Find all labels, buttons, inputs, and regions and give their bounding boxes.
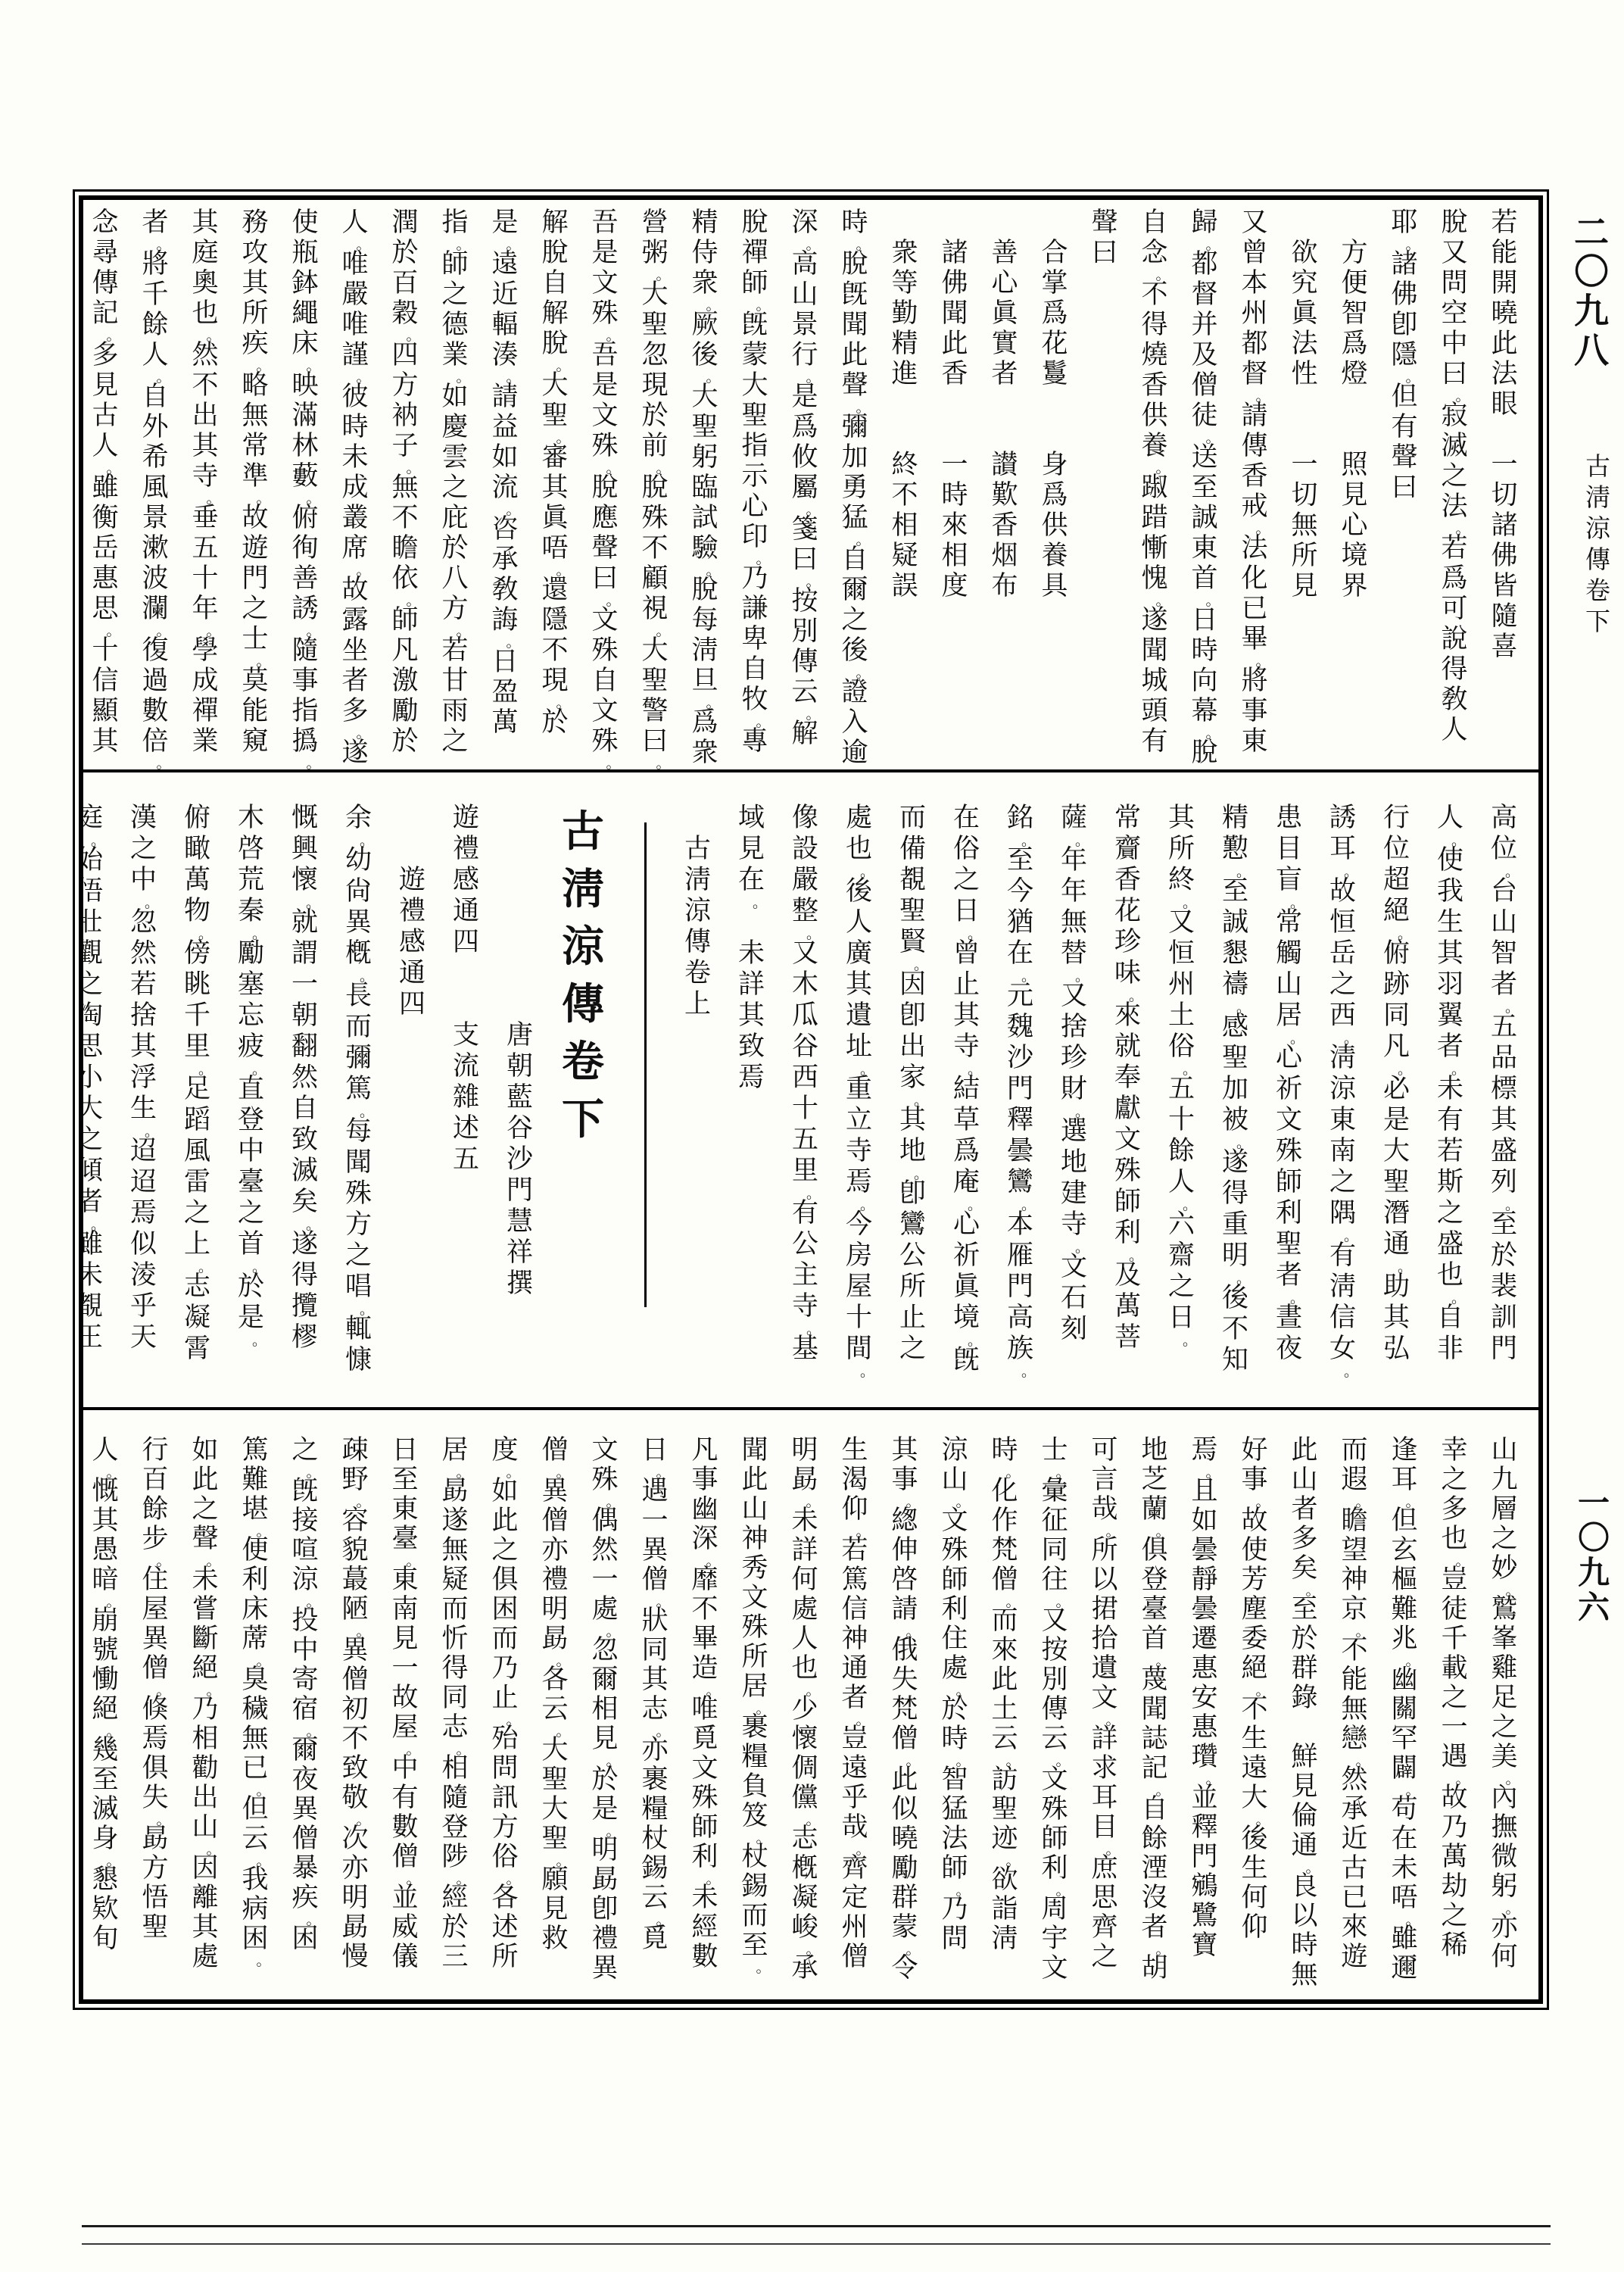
glyph: 。 xyxy=(1324,1031,1378,1043)
glyph: 使 xyxy=(1423,845,1477,876)
glyph: 。 xyxy=(840,865,894,876)
glyph: 然 xyxy=(1329,1765,1379,1795)
glyph: 臺 xyxy=(380,1525,430,1554)
glyph: 。 xyxy=(1238,654,1288,666)
glyph: 古 xyxy=(547,803,619,860)
glyph: 殊 xyxy=(630,503,680,533)
glyph: 刻 xyxy=(1047,1314,1101,1345)
glyph: 時 xyxy=(1280,1931,1329,1961)
glyph: 高 xyxy=(993,1303,1047,1334)
glyph: 十 xyxy=(1155,1105,1208,1136)
glyph: 自 xyxy=(1423,1303,1477,1334)
glyph: 來 xyxy=(1329,1913,1379,1943)
glyph: 風 xyxy=(170,1136,224,1167)
glyph: 槪 xyxy=(332,938,385,969)
glyph: 致 xyxy=(330,1754,380,1784)
glyph: 聖 xyxy=(980,1795,1030,1824)
glyph: 心 xyxy=(1329,510,1379,541)
glyph: 中 xyxy=(380,1754,430,1784)
glyph: 蕞 xyxy=(330,1565,380,1595)
glyph: 詳 xyxy=(1080,1724,1130,1754)
glyph: 乎 xyxy=(117,1291,170,1322)
glyph: 藪 xyxy=(280,461,330,492)
glyph: 次 xyxy=(330,1824,380,1854)
glyph xyxy=(439,958,493,989)
glyph: 殊 xyxy=(930,1536,980,1565)
glyph: 今 xyxy=(993,876,1047,907)
glyph: 之 xyxy=(1429,1684,1479,1713)
glyph xyxy=(880,208,930,238)
glyph: 是 xyxy=(580,238,630,268)
glyph: 大 xyxy=(630,279,680,310)
glyph: 敎 xyxy=(480,575,530,605)
glyph: 爲 xyxy=(680,707,730,738)
glyph: 懷 xyxy=(780,1724,830,1754)
glyph: 誘 xyxy=(280,594,330,624)
text-column: 慨興懷。就謂一朝翻然自致滅矣。遂得攬樛 xyxy=(278,803,332,1407)
glyph: 何 xyxy=(780,1565,830,1595)
glyph: 臺 xyxy=(224,1167,278,1198)
text-column: 疎野。容貌蕞陋。異僧初不致敬。次亦明勗慢 xyxy=(330,1436,380,1993)
text-column: 而遐。瞻望神京。不能無戀。然承近古已來遊 xyxy=(1329,1436,1379,1993)
glyph: 眞 xyxy=(940,1272,993,1303)
glyph: 。 xyxy=(588,1624,638,1636)
glyph: 人 xyxy=(330,208,380,238)
glyph: 。 xyxy=(1055,834,1109,845)
glyph: 。 xyxy=(838,401,888,412)
glyph: 。 xyxy=(688,1684,738,1695)
glyph xyxy=(1479,420,1529,450)
glyph: 居 xyxy=(430,1436,480,1465)
glyph: 四 xyxy=(439,927,493,958)
glyph: 。 xyxy=(238,1854,288,1865)
glyph: 同 xyxy=(430,1684,480,1713)
glyph xyxy=(1329,208,1379,238)
glyph: 傳 xyxy=(671,927,725,958)
glyph: 誌 xyxy=(1130,1724,1180,1754)
glyph: 但 xyxy=(1379,382,1429,412)
glyph: 若 xyxy=(430,635,480,666)
glyph: 。 xyxy=(938,1495,988,1506)
glyph: 。 xyxy=(1378,927,1432,938)
glyph: 脫 xyxy=(1180,738,1230,768)
glyph: 來 xyxy=(1101,1000,1155,1031)
glyph: 。 xyxy=(338,238,388,249)
glyph: 穢 xyxy=(230,1695,280,1724)
glyph: 門 xyxy=(993,1272,1047,1303)
glyph: 。 xyxy=(388,461,438,473)
glyph: 凡 xyxy=(380,635,430,666)
glyph: 好 xyxy=(1230,1436,1280,1465)
glyph: 波 xyxy=(130,563,180,594)
glyph: 門 xyxy=(230,563,280,594)
glyph: 俄 xyxy=(880,1636,930,1665)
glyph: 卽 xyxy=(580,1895,630,1924)
glyph: 致 xyxy=(278,1125,332,1156)
glyph: 心 xyxy=(940,1209,993,1241)
glyph: 無 xyxy=(230,1724,280,1754)
glyph: 以 xyxy=(1080,1565,1130,1595)
glyph: 曉 xyxy=(1479,298,1529,329)
glyph: 五 xyxy=(180,533,230,563)
glyph: 多 xyxy=(1280,1525,1329,1554)
glyph: 欵 xyxy=(83,1895,130,1924)
glyph: 關 xyxy=(1379,1695,1429,1724)
glyph: 。 xyxy=(1088,1843,1138,1854)
text-column: 脫又問空中曰。寂滅之法。若爲可說得敎人 xyxy=(1429,208,1479,769)
glyph: 。 xyxy=(733,896,787,907)
glyph: 淸 xyxy=(671,865,725,896)
text-column: 文殊。偶然一處。忽爾相見。於是。明勗卽禮異 xyxy=(580,1436,630,1993)
glyph: 。 xyxy=(588,1824,638,1836)
glyph: 山 xyxy=(1479,1436,1529,1465)
glyph: 塵 xyxy=(1230,1595,1280,1624)
glyph: 止 xyxy=(886,1303,940,1334)
glyph: 。 xyxy=(238,654,288,666)
glyph: 日 xyxy=(1155,1303,1208,1334)
text-column: 生渴仰。若篤信神通者。豈遠乎哉。齊定州僧 xyxy=(830,1436,880,1993)
glyph: 聞 xyxy=(1130,635,1180,666)
glyph: 公 xyxy=(778,1229,832,1260)
glyph: 斷 xyxy=(180,1624,230,1654)
glyph: 不 xyxy=(880,480,930,510)
glyph: 見 xyxy=(530,1895,580,1924)
glyph: 。 xyxy=(894,958,948,969)
glyph: 。 xyxy=(1438,1772,1488,1784)
glyph: 大 xyxy=(83,1094,117,1125)
glyph: 雞 xyxy=(1479,1654,1529,1684)
glyph: 士 xyxy=(1030,1436,1080,1465)
glyph: 也 xyxy=(832,834,886,865)
glyph: 生 xyxy=(1230,1854,1280,1883)
glyph: 。 xyxy=(438,238,488,249)
glyph: 五 xyxy=(439,1144,493,1175)
glyph: 云 xyxy=(980,1724,1030,1754)
glyph: 。 xyxy=(238,1954,288,1965)
glyph: 照 xyxy=(1329,450,1379,480)
glyph: 。 xyxy=(988,1854,1038,1865)
glyph: 。 xyxy=(238,359,288,370)
glyph: 殊 xyxy=(1101,1156,1155,1187)
glyph: 是 xyxy=(580,1795,630,1824)
glyph: 可 xyxy=(1080,1436,1130,1465)
glyph: 將 xyxy=(1230,666,1280,696)
glyph: 等 xyxy=(880,268,930,298)
glyph: 漱 xyxy=(130,533,180,563)
glyph: 苟 xyxy=(1379,1795,1429,1824)
glyph xyxy=(493,927,547,958)
glyph: 其 xyxy=(1423,938,1477,969)
glyph: 樞 xyxy=(1379,1565,1429,1595)
glyph: 其 xyxy=(83,726,130,757)
glyph: 其 xyxy=(832,969,886,1000)
glyph: 烟 xyxy=(980,541,1030,571)
glyph: 而 xyxy=(480,1624,530,1654)
glyph: 繩 xyxy=(280,298,330,329)
glyph: 景 xyxy=(780,310,830,340)
text-column: 余。幼尙異槪。長而彌篤。每聞殊方之唱。輒慷 xyxy=(332,803,385,1407)
glyph: 劫 xyxy=(1429,1872,1479,1902)
glyph: 後 xyxy=(1208,1283,1262,1314)
glyph: 必 xyxy=(1370,1074,1423,1105)
glyph: 。 xyxy=(1438,1554,1488,1565)
glyph: 於 xyxy=(630,401,680,431)
glyph: 一 xyxy=(1429,1713,1479,1743)
glyph: 未 xyxy=(680,1883,730,1913)
glyph: 儻 xyxy=(780,1784,830,1813)
glyph: 似 xyxy=(117,1229,170,1260)
glyph: 。 xyxy=(83,1218,125,1229)
text-column: 凡事幽深。靡不畢造。唯覓文殊師利。未經數 xyxy=(680,1436,730,1993)
glyph: 今 xyxy=(832,1209,886,1241)
glyph: 禪 xyxy=(730,238,780,268)
glyph: 攬 xyxy=(278,1291,332,1322)
glyph: 珍 xyxy=(1047,1043,1101,1074)
glyph: 卽 xyxy=(1379,310,1429,340)
glyph: 因 xyxy=(886,969,940,1000)
glyph: 身 xyxy=(1030,450,1080,480)
glyph: 不 xyxy=(380,503,430,533)
glyph: 救 xyxy=(530,1924,580,1954)
glyph: 激 xyxy=(380,666,430,696)
glyph: 生 xyxy=(117,1094,170,1125)
glyph: 木 xyxy=(778,969,832,1000)
glyph: 出 xyxy=(886,1031,940,1063)
glyph: 萬 xyxy=(480,707,530,738)
glyph: 勗 xyxy=(530,1624,580,1654)
glyph: 。 xyxy=(286,1218,340,1229)
glyph: 高 xyxy=(1477,803,1531,834)
glyph: 後 xyxy=(1230,1824,1280,1854)
glyph: 未 xyxy=(725,938,778,969)
glyph: 善 xyxy=(980,238,1030,268)
glyph: 過 xyxy=(130,666,180,696)
text-column: 域見在。未詳其致焉 xyxy=(725,803,778,1407)
glyph: 庇 xyxy=(430,503,480,533)
glyph: 裹 xyxy=(730,1713,780,1743)
glyph: 法 xyxy=(1230,533,1280,563)
glyph: 能 xyxy=(1479,238,1529,268)
glyph: 病 xyxy=(230,1895,280,1924)
glyph: 屬 xyxy=(780,473,830,503)
glyph: 訊 xyxy=(480,1784,530,1813)
glyph: 。 xyxy=(438,1465,488,1477)
glyph: 切 xyxy=(1479,480,1529,510)
glyph: 。 xyxy=(232,1260,286,1272)
glyph: 懃 xyxy=(1208,834,1262,865)
glyph: 。 xyxy=(438,1872,488,1883)
glyph: 祥 xyxy=(493,1237,547,1269)
glyph: 殊 xyxy=(332,1178,385,1209)
glyph: 香 xyxy=(980,510,1030,541)
text-column: 日。遇一異僧。狀同其志。亦裹糧杖錫云。覓 xyxy=(630,1436,680,1993)
glyph: 祈 xyxy=(1262,1074,1316,1105)
glyph: 。 xyxy=(1038,1754,1088,1765)
glyph: 終 xyxy=(1155,865,1208,896)
glyph: 近 xyxy=(1329,1824,1379,1854)
glyph: 述 xyxy=(480,1913,530,1943)
glyph: 號 xyxy=(83,1636,130,1665)
glyph: 雷 xyxy=(170,1167,224,1198)
glyph: 。 xyxy=(139,757,189,768)
glyph: 見 xyxy=(83,370,130,401)
glyph: 。 xyxy=(1138,594,1188,605)
glyph: 旬 xyxy=(83,1924,130,1954)
glyph: 。 xyxy=(1188,594,1238,605)
glyph: 古 xyxy=(83,401,130,431)
glyph: 。 xyxy=(189,1684,238,1695)
glyph: 日 xyxy=(940,896,993,927)
glyph xyxy=(980,389,1030,420)
glyph: 東 xyxy=(1180,533,1230,563)
glyph: 古 xyxy=(671,834,725,865)
glyph: 來 xyxy=(980,1636,1030,1665)
glyph: 王 xyxy=(83,1322,117,1353)
glyph: 晝 xyxy=(1262,1303,1316,1334)
glyph: 。 xyxy=(139,624,189,635)
glyph: 此 xyxy=(1280,1436,1329,1465)
glyph: 。 xyxy=(340,969,394,981)
glyph: 。 xyxy=(688,563,738,575)
glyph: 撫 xyxy=(1479,1813,1529,1843)
glyph: 幼 xyxy=(332,845,385,876)
glyph: 容 xyxy=(330,1506,380,1536)
glyph: 心 xyxy=(980,268,1030,298)
glyph: 年 xyxy=(1047,845,1101,876)
glyph: 脫 xyxy=(680,575,730,605)
glyph: 殊 xyxy=(580,635,630,666)
glyph: 別 xyxy=(780,616,830,647)
glyph: 哉 xyxy=(1080,1495,1130,1525)
glyph: 。 xyxy=(1438,389,1488,401)
glyph: 涼 xyxy=(671,896,725,927)
glyph: 見 xyxy=(1329,480,1379,510)
glyph: 。 xyxy=(788,238,838,249)
glyph: 彌 xyxy=(830,412,880,442)
glyph: 捨 xyxy=(117,1000,170,1031)
glyph: 遺 xyxy=(832,1000,886,1031)
glyph: 師 xyxy=(380,605,430,635)
glyph: 述 xyxy=(439,1113,493,1144)
glyph: 聞 xyxy=(830,310,880,340)
glyph: 問 xyxy=(480,1754,530,1784)
glyph: 。 xyxy=(788,707,838,719)
glyph: 投 xyxy=(280,1606,330,1636)
glyph: 布 xyxy=(980,571,1030,601)
glyph: 。 xyxy=(1002,969,1055,981)
glyph: 足 xyxy=(1479,1684,1529,1713)
text-column: 俯瞰萬物。傍眺千里。足蹈風雷之上。志凝霄 xyxy=(170,803,224,1407)
text-frame: 若能開曉此法眼一切諸佛皆隨喜脫又問空中曰。寂滅之法。若爲可說得敎人耶。諸佛卽隱。… xyxy=(73,189,1549,2010)
glyph: 輻 xyxy=(480,310,530,340)
glyph: 曰 xyxy=(1080,238,1130,268)
glyph: 處 xyxy=(180,1943,230,1972)
glyph: 淘 xyxy=(83,1000,117,1031)
glyph: 因 xyxy=(180,1854,230,1883)
glyph: 師 xyxy=(930,1854,980,1883)
glyph: 其 xyxy=(180,208,230,238)
glyph: 。 xyxy=(1002,1198,1055,1209)
glyph: 賢 xyxy=(886,927,940,958)
glyph: 。 xyxy=(738,715,788,726)
glyph: 何 xyxy=(1230,1883,1280,1913)
glyph: 心 xyxy=(730,492,780,522)
glyph: 遊 xyxy=(439,803,493,834)
glyph: 止 xyxy=(940,969,993,1000)
glyph: 此 xyxy=(480,1506,530,1536)
glyph: 州 xyxy=(830,1913,880,1943)
glyph: 遺 xyxy=(1080,1654,1130,1684)
glyph: 。 xyxy=(1432,834,1485,845)
text-column: 人。使我生其羽翼者。未有若斯之盛也。自非 xyxy=(1423,803,1477,1407)
glyph: 遂 xyxy=(430,1506,480,1536)
glyph: 撝 xyxy=(280,726,330,757)
glyph: 。 xyxy=(288,1913,338,1924)
text-column: 使瓶鉢繩床。映滿林藪。俯徇善誘。隨事指撝。 xyxy=(280,208,330,769)
glyph: 現 xyxy=(630,370,680,401)
glyph: 。 xyxy=(189,624,238,635)
glyph: 門 xyxy=(993,1074,1047,1105)
glyph: 。 xyxy=(1324,865,1378,876)
glyph: 難 xyxy=(1379,1595,1429,1624)
glyph: 疲 xyxy=(224,1031,278,1063)
glyph: 切 xyxy=(1280,480,1329,510)
glyph: 十 xyxy=(180,563,230,594)
glyph: 有 xyxy=(1130,726,1180,757)
text-column: 自念。不得燒香供養。踧踖慚愧。遂聞城頭有 xyxy=(1130,208,1180,769)
glyph: 靡 xyxy=(680,1565,730,1595)
glyph: 知 xyxy=(1208,1345,1262,1376)
glyph: 畢 xyxy=(1230,624,1280,654)
glyph: 小 xyxy=(83,1063,117,1094)
glyph: 故 xyxy=(1230,1506,1280,1536)
glyph: 伸 xyxy=(880,1536,930,1565)
glyph: 可 xyxy=(1429,594,1479,624)
glyph: 請 xyxy=(1230,401,1280,431)
glyph: 湮 xyxy=(1130,1854,1180,1883)
glyph: 齊 xyxy=(830,1854,880,1883)
glyph: 珍 xyxy=(1101,927,1155,958)
glyph: 見 xyxy=(1280,1772,1329,1802)
glyph xyxy=(930,420,980,450)
glyph: 疑 xyxy=(430,1565,480,1595)
glyph: 雖 xyxy=(83,473,130,503)
glyph: 。 xyxy=(338,563,388,575)
glyph: 之 xyxy=(1316,969,1370,1000)
glyph: 群 xyxy=(1280,1654,1329,1684)
glyph: 瓜 xyxy=(778,1000,832,1031)
glyph: 門 xyxy=(493,1175,547,1206)
glyph: 焉 xyxy=(1180,1436,1230,1465)
glyph: 。 xyxy=(638,1913,688,1924)
glyph: 自 xyxy=(730,654,780,685)
glyph: 。 xyxy=(1188,1772,1238,1784)
glyph: 主 xyxy=(778,1260,832,1291)
glyph: 耳 xyxy=(1379,1465,1429,1495)
glyph: 。 xyxy=(738,552,788,563)
glyph: 是 xyxy=(580,370,630,401)
glyph: 倜 xyxy=(780,1754,830,1784)
glyph: 文 xyxy=(580,401,630,431)
glyph: 明 xyxy=(1208,1241,1262,1272)
glyph: 瞰 xyxy=(170,834,224,865)
glyph: 卷 xyxy=(671,958,725,989)
glyph: 下 xyxy=(547,1091,619,1148)
glyph: 化 xyxy=(1230,563,1280,594)
glyph: 終 xyxy=(880,450,930,480)
glyph: 。 xyxy=(938,1684,988,1695)
glyph: 遊 xyxy=(230,533,280,563)
